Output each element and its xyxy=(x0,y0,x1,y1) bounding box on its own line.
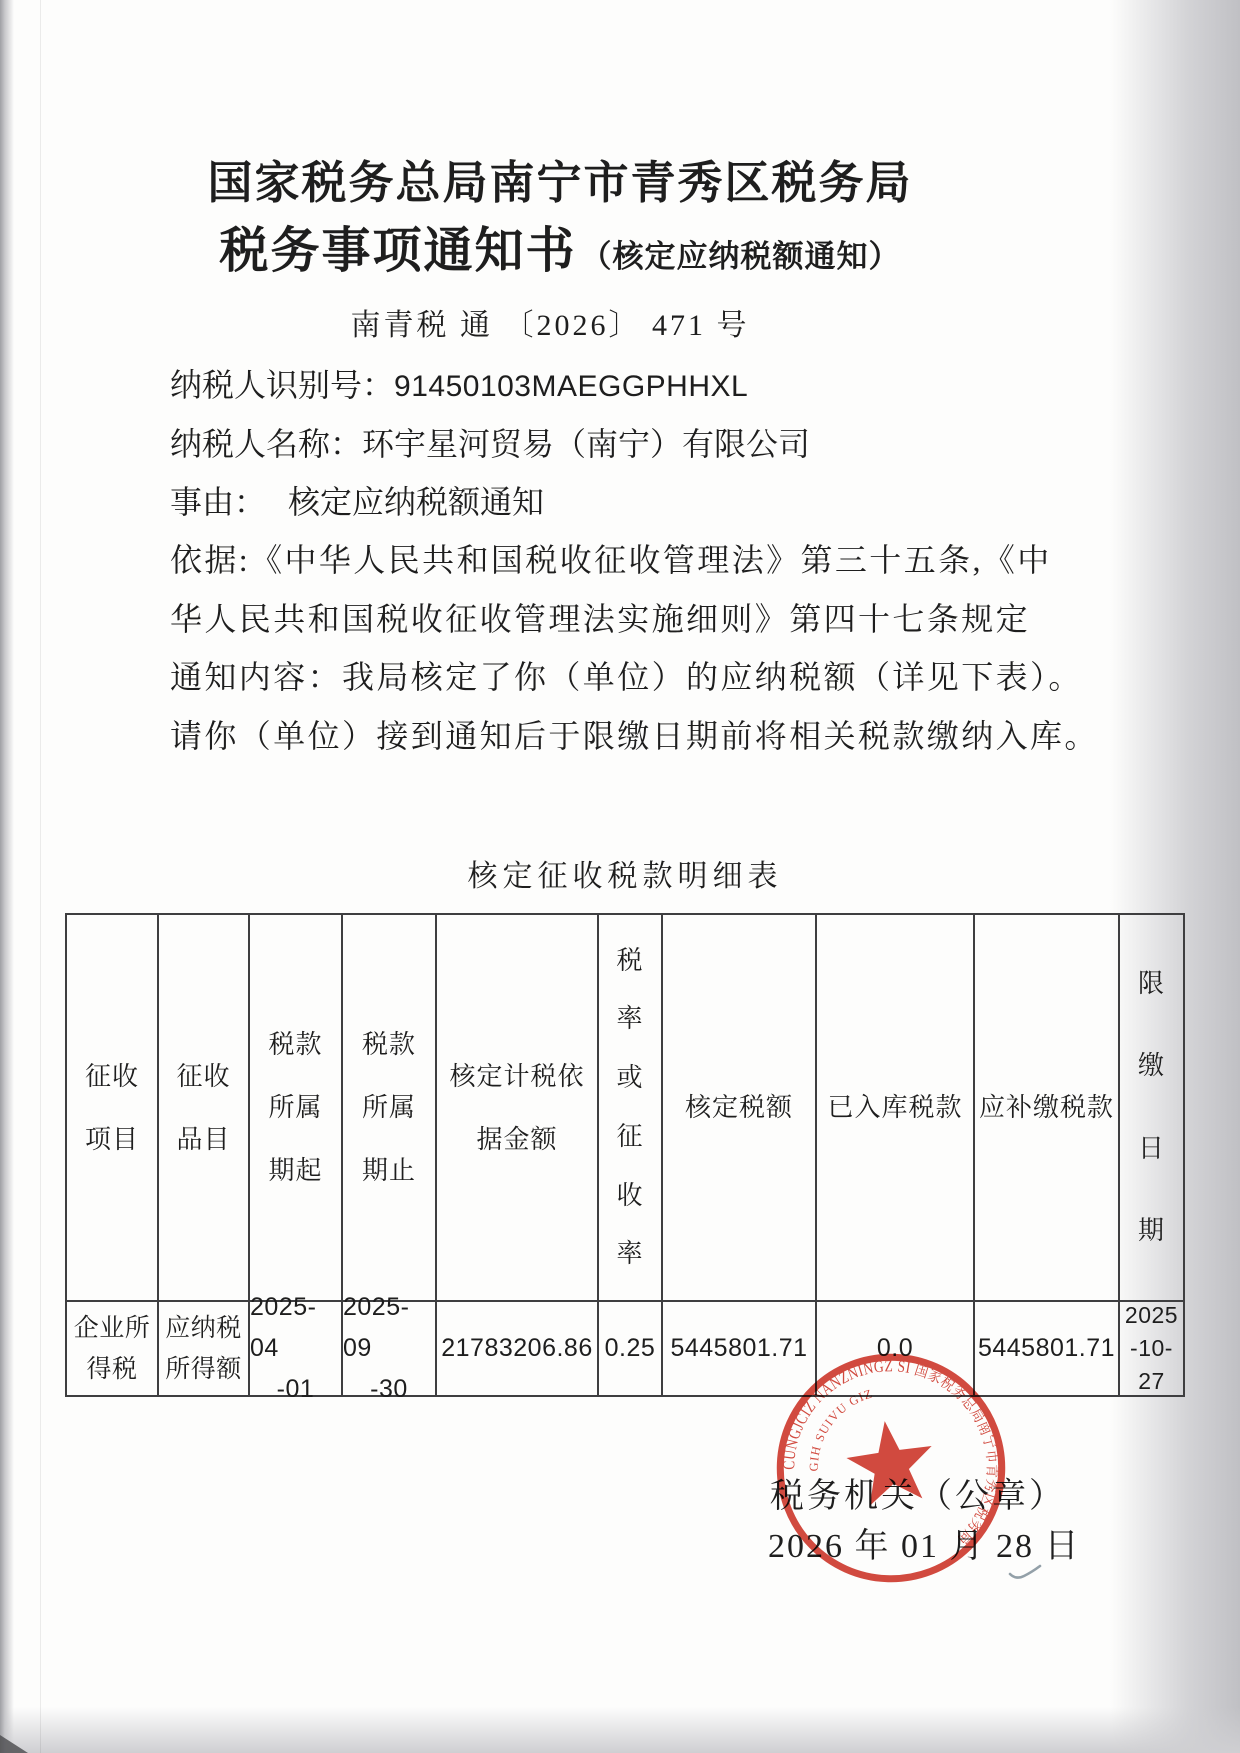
official-seal: CUNGJCIZ NANZNINGZ SI 国家税务总局南宁市青秀区税务局 GI… xyxy=(762,1339,1020,1597)
row-cell-payment-deadline: 2025-10-27 xyxy=(1118,1300,1183,1395)
taxpayer-id-row: 纳税人识别号：91450103MAEGGPHHXL xyxy=(170,360,748,406)
subject-label: 事由： xyxy=(170,484,266,520)
header-cell-assessed-tax: 核定税额 xyxy=(661,915,815,1300)
table-title: 核定征收税款明细表 xyxy=(65,851,1185,895)
scan-edge-bottom xyxy=(0,1707,1240,1753)
header-cell-period-start: 税款所属期起 xyxy=(248,915,341,1300)
scan-corner-mark xyxy=(0,1735,28,1753)
page-title: 国家税务总局南宁市青秀区税务局 xyxy=(0,146,1120,211)
notice-title-paren: （核定应纳税额通知） xyxy=(581,239,901,274)
notice-content-line-1: 通知内容：我局核定了你（单位）的应纳税额（详见下表）。 xyxy=(170,652,1083,698)
assessed-tax-table: 征收项目 征收品目 税款所属期起 税款所属期止 核定计税依据金额 税率或征收率 … xyxy=(65,913,1185,1397)
notice-content-line-2: 请你（单位）接到通知后于限缴日期前将相关税款缴纳入库。 xyxy=(170,711,1099,757)
subject-value: 核定应纳税额通知 xyxy=(288,484,544,520)
taxpayer-name-label: 纳税人名称： xyxy=(170,426,362,462)
row-cell-levy-item: 企业所得税 xyxy=(67,1300,157,1395)
star-icon xyxy=(842,1415,939,1508)
taxpayer-id-label: 纳税人识别号： xyxy=(170,367,394,403)
document-number: 南青税 通 〔2026〕 471 号 xyxy=(0,300,1100,344)
header-cell-paid-tax: 已入库税款 xyxy=(815,915,973,1300)
row-cell-levy-subitem: 应纳税所得额 xyxy=(157,1300,248,1395)
header-cell-payment-deadline: 限缴日期 xyxy=(1118,915,1183,1300)
row-cell-period-start: 2025-04-01 xyxy=(248,1300,341,1395)
pen-tick-mark xyxy=(1008,1564,1042,1584)
header-cell-levy-item: 征收项目 xyxy=(67,915,157,1300)
taxpayer-name-row: 纳税人名称：环宇星河贸易（南宁）有限公司 xyxy=(170,419,810,465)
subject-row: 事由：核定应纳税额通知 xyxy=(170,477,544,523)
basis-line-1: 依据:《中华人民共和国税收征收管理法》第三十五条,《中 xyxy=(170,535,1052,581)
notice-title-main: 税务事项通知书 xyxy=(219,223,576,278)
taxpayer-name-value: 环宇星河贸易（南宁）有限公司 xyxy=(362,426,810,462)
row-cell-period-end: 2025-09-30 xyxy=(341,1300,435,1395)
basis-line-2: 华人民共和国税收征收管理法实施细则》第四十七条规定 xyxy=(170,594,1030,640)
header-cell-tax-rate: 税率或征收率 xyxy=(597,915,661,1300)
row-cell-tax-rate: 0.25 xyxy=(597,1300,661,1395)
row-cell-tax-basis-amount: 21783206.86 xyxy=(435,1300,597,1395)
taxpayer-id-value: 91450103MAEGGPHHXL xyxy=(394,370,748,403)
header-cell-payable-tax: 应补缴税款 xyxy=(973,915,1118,1300)
scanned-tax-notice-page: 国家税务总局南宁市青秀区税务局 税务事项通知书 （核定应纳税额通知） 南青税 通… xyxy=(0,0,1240,1753)
header-cell-levy-subitem: 征收品目 xyxy=(157,915,248,1300)
notice-title: 税务事项通知书 （核定应纳税额通知） xyxy=(0,212,1120,282)
header-cell-tax-basis-amount: 核定计税依据金额 xyxy=(435,915,597,1300)
header-cell-period-end: 税款所属期止 xyxy=(341,915,435,1300)
